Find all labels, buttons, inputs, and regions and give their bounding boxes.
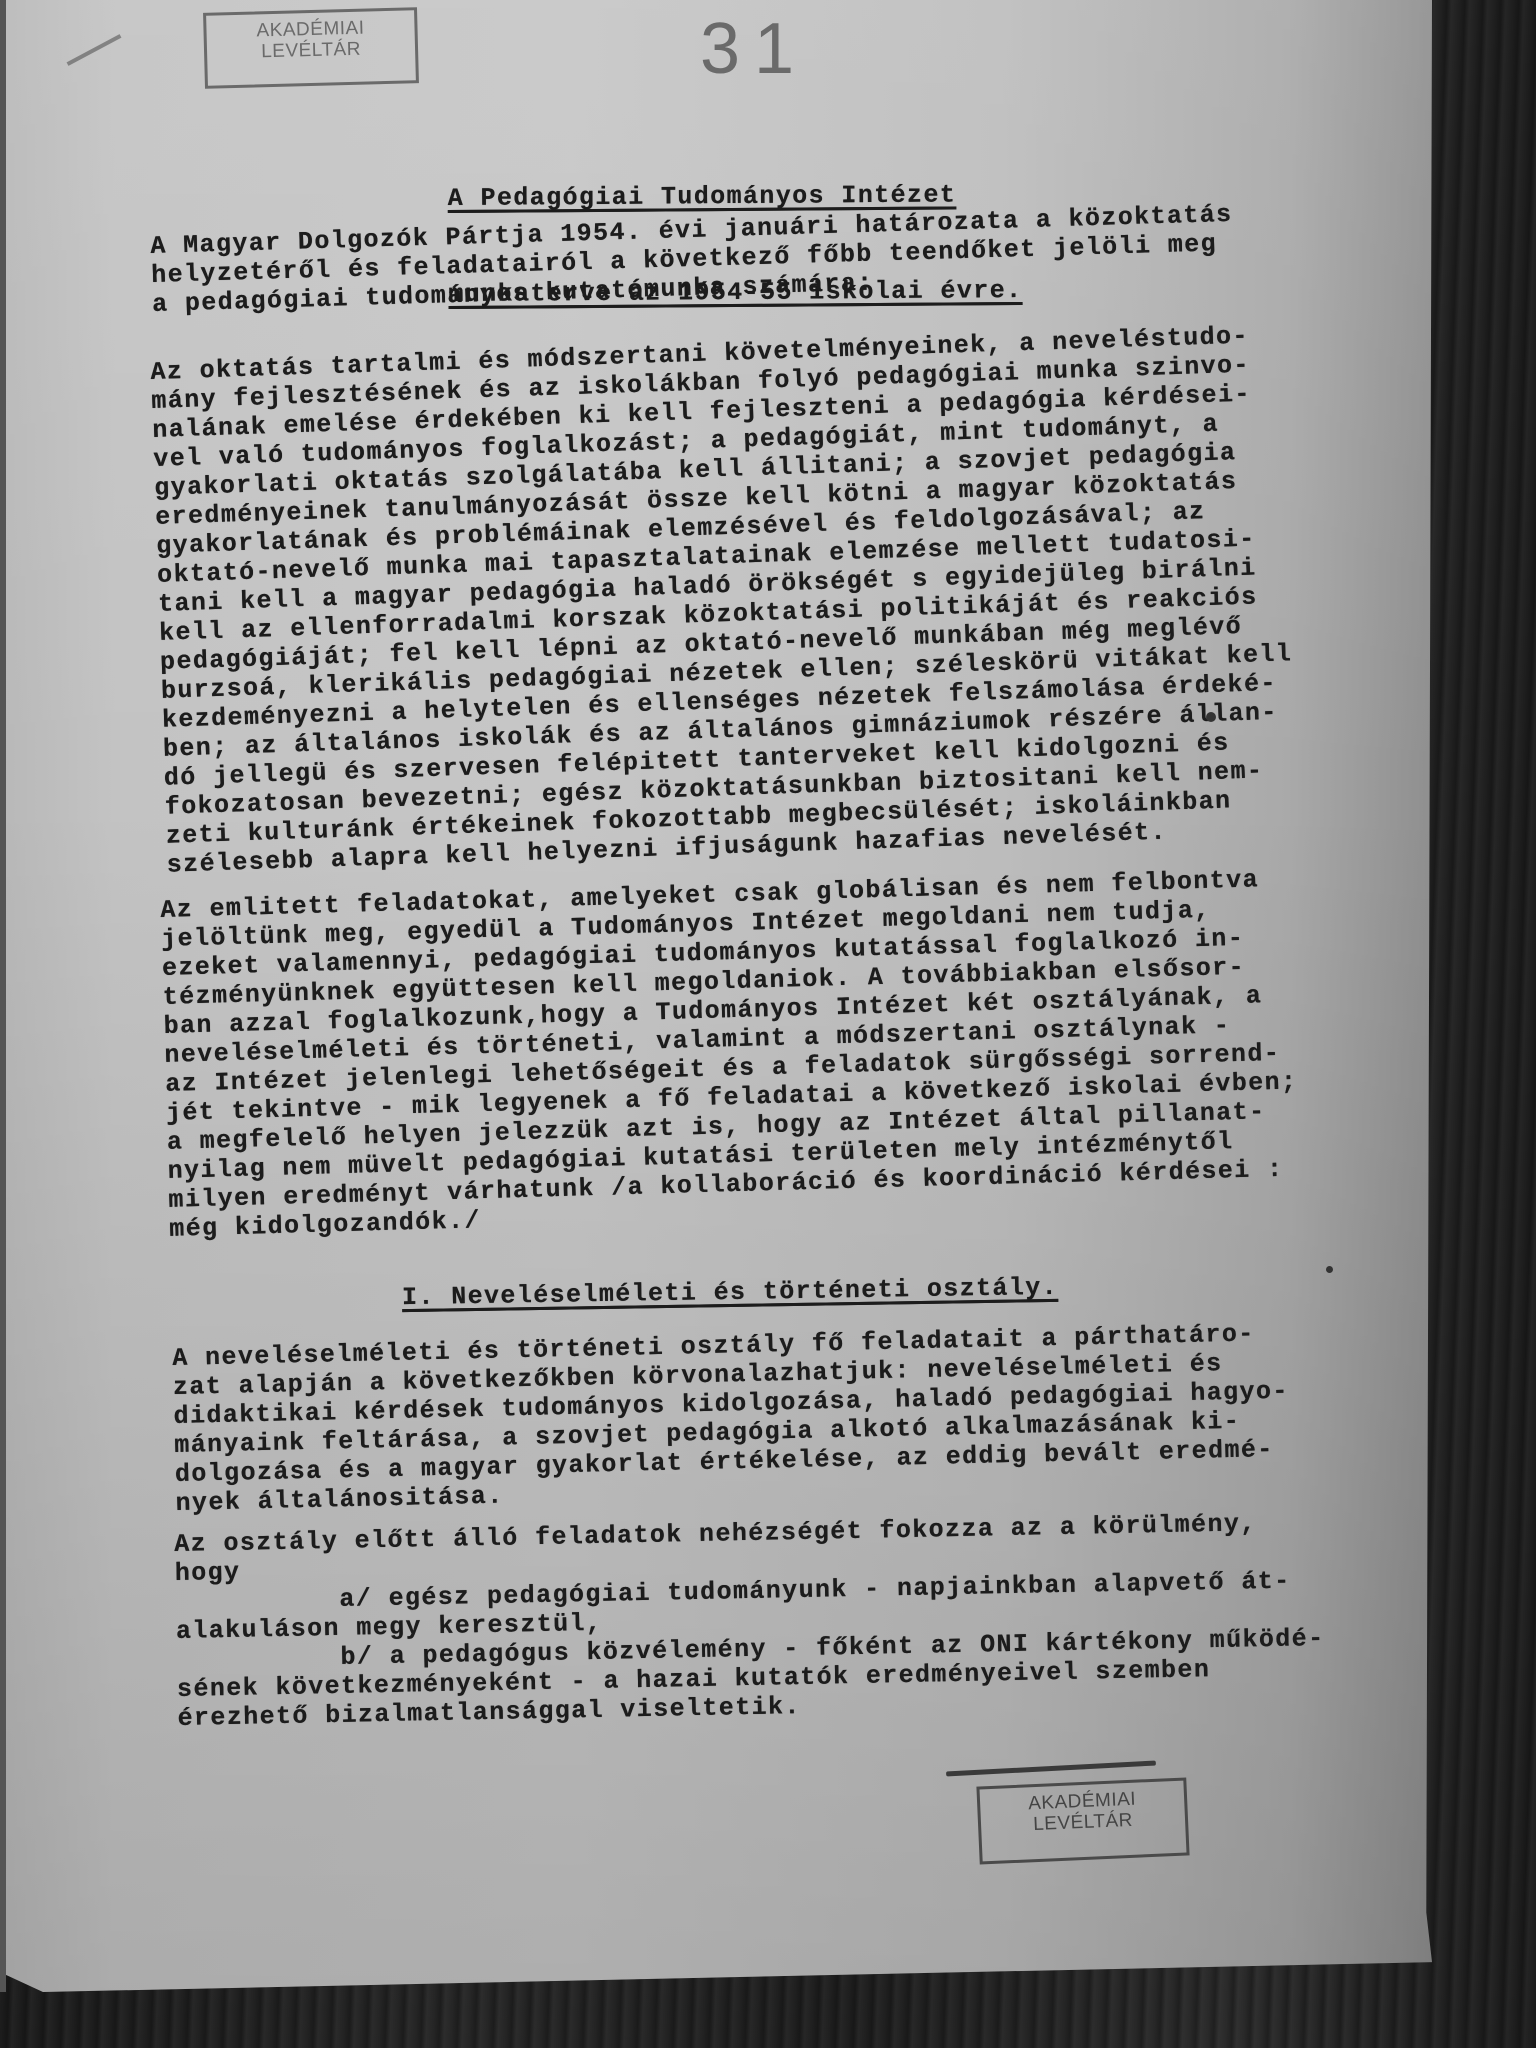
ink-blot	[1206, 712, 1216, 722]
paragraph-department: A neveléselméleti és történeti osztály f…	[172, 1319, 1291, 1518]
archive-stamp-top: AKADÉMIAI LEVÉLTÁR	[203, 7, 419, 89]
paragraph-institute: Az emlitett feladatokat, amelyeket csak …	[160, 864, 1301, 1243]
stamp-line: LEVÉLTÁR	[207, 37, 415, 63]
paragraph-tasks: Az oktatás tartalmi és módszertani követ…	[150, 320, 1298, 879]
archive-stamp-bottom: AKADÉMIAI LEVÉLTÁR	[976, 1777, 1189, 1864]
paragraph-difficulties: Az osztály előtt álló feladatok nehézség…	[174, 1508, 1326, 1733]
page-left-edge	[0, 0, 6, 1992]
ink-dot	[1326, 1266, 1333, 1273]
folio-number: 31	[700, 8, 808, 90]
